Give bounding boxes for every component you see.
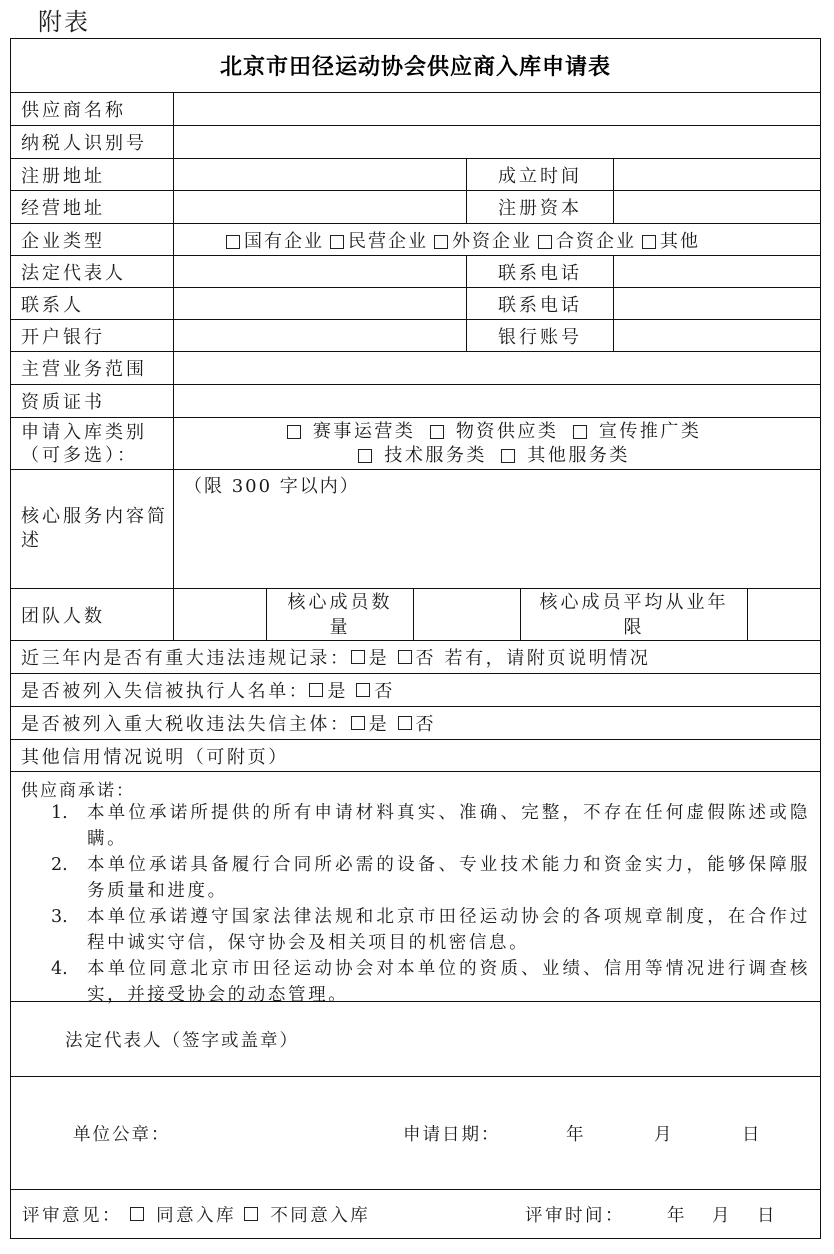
checkbox-no-icon[interactable] (398, 716, 412, 730)
label-core-service: 核心服务内容简述 (11, 470, 173, 588)
option-other[interactable]: 其他 (642, 227, 700, 253)
label-contact-person: 联系人 (11, 288, 173, 319)
row-team: 团队人数 核心成员数量 核心成员平均从业年限 (11, 588, 820, 640)
label-business-address: 经营地址 (11, 191, 173, 223)
row-dishonest-list: 是否被列入失信被执行人名单： 是 否 (11, 673, 820, 706)
input-contact-person[interactable] (173, 288, 466, 319)
option-tech-service[interactable]: 技术服务类 (358, 445, 487, 466)
checkbox-icon[interactable] (642, 235, 656, 249)
input-business-address[interactable] (173, 191, 466, 223)
title-row: 北京市田径运动协会供应商入库申请表 (11, 39, 820, 92)
checkbox-icon[interactable] (434, 235, 448, 249)
other-credit-label[interactable]: 其他信用情况说明（可附页） (11, 740, 820, 771)
label-core-members: 核心成员数量 (266, 589, 413, 640)
checkbox-icon[interactable] (573, 425, 587, 439)
appendix-label: 附表 (38, 2, 90, 37)
label-legal-rep: 法定代表人 (11, 256, 173, 287)
review-time-month[interactable]: 月 (712, 1190, 742, 1238)
apply-date-label: 申请日期： (403, 1077, 513, 1189)
label-team-size: 团队人数 (11, 589, 173, 640)
option-state-owned[interactable]: 国有企业 (226, 227, 324, 253)
input-contact-phone[interactable] (613, 288, 820, 319)
form-title: 北京市田径运动协会供应商入库申请表 (11, 39, 820, 92)
input-bank[interactable] (173, 320, 466, 351)
label-established-date: 成立时间 (466, 159, 613, 190)
promise-item: 2.本单位承诺具备履行合同所必需的设备、专业技术能力和资金实力，能够保障服务质量… (51, 852, 810, 904)
input-core-members[interactable] (413, 589, 520, 640)
option-private[interactable]: 民营企业 (330, 227, 428, 253)
label-application-category: 申请入库类别 （可多选）： (11, 418, 173, 469)
row-business-scope: 主营业务范围 (11, 351, 820, 384)
input-core-service[interactable]: （限 300 字以内） (173, 470, 820, 588)
review-time-year[interactable]: 年 (667, 1190, 697, 1238)
label-business-scope: 主营业务范围 (11, 352, 173, 384)
row-enterprise-type: 企业类型 国有企业 民营企业 外资企业 合资企业 其他 (11, 223, 820, 255)
promise-heading: 供应商承诺： (21, 776, 135, 801)
option-joint-venture[interactable]: 合资企业 (538, 227, 636, 253)
violation-question: 近三年内是否有重大违法违规记录： 是 否 若有，请附页说明情况 (11, 641, 820, 673)
row-company-seal: 单位公章： 申请日期： 年 月 日 (11, 1076, 820, 1189)
input-qualification[interactable] (173, 385, 820, 417)
row-registered-address: 注册地址 成立时间 (11, 158, 820, 190)
checkbox-icon[interactable] (501, 449, 515, 463)
label-legal-rep-phone: 联系电话 (466, 256, 613, 287)
label-registered-address: 注册地址 (11, 159, 173, 190)
label-contact-phone: 联系电话 (466, 288, 613, 319)
row-tax-violation: 是否被列入重大税收违法失信主体： 是 否 (11, 706, 820, 739)
input-established-date[interactable] (613, 159, 820, 190)
row-qualification: 资质证书 (11, 384, 820, 417)
checkbox-yes-icon[interactable] (351, 650, 365, 664)
row-violation-record: 近三年内是否有重大违法违规记录： 是 否 若有，请附页说明情况 (11, 640, 820, 673)
label-supplier-name: 供应商名称 (11, 93, 173, 125)
row-application-category: 申请入库类别 （可多选）： 赛事运营类 物资供应类 宣传推广类 技术服务类 其他… (11, 417, 820, 469)
label-registered-capital: 注册资本 (466, 191, 613, 223)
input-supplier-name[interactable] (173, 93, 820, 125)
checkbox-icon[interactable] (538, 235, 552, 249)
review-time-day[interactable]: 日 (757, 1190, 787, 1238)
input-legal-rep[interactable] (173, 256, 466, 287)
checkbox-icon[interactable] (287, 425, 301, 439)
core-service-hint: （限 300 字以内） (184, 472, 360, 498)
checkbox-yes-icon[interactable] (309, 683, 323, 697)
row-business-address: 经营地址 注册资本 (11, 190, 820, 223)
apply-date-year[interactable]: 年 (566, 1077, 596, 1189)
company-seal-field[interactable]: 单位公章： (73, 1077, 373, 1189)
checkbox-icon[interactable] (226, 235, 240, 249)
row-taxpayer-id: 纳税人识别号 (11, 125, 820, 158)
checkbox-yes-icon[interactable] (351, 716, 365, 730)
label-avg-years: 核心成员平均从业年限 (520, 589, 747, 640)
review-opinion: 评审意见： 同意入库 不同意入库 (22, 1190, 492, 1238)
input-bank-account[interactable] (613, 320, 820, 351)
label-qualification: 资质证书 (11, 385, 173, 417)
row-legal-rep: 法定代表人 联系电话 (11, 255, 820, 287)
label-bank-account: 银行账号 (466, 320, 613, 351)
row-bank: 开户银行 银行账号 (11, 319, 820, 351)
label-taxpayer-id: 纳税人识别号 (11, 126, 173, 158)
checkbox-icon[interactable] (430, 425, 444, 439)
checkbox-disagree-icon[interactable] (244, 1207, 258, 1221)
row-contact-person: 联系人 联系电话 (11, 287, 820, 319)
option-foreign[interactable]: 外资企业 (434, 227, 532, 253)
row-supplier-promise: 供应商承诺： 1.本单位承诺所提供的所有申请材料真实、准确、完整，不存在任何虚假… (11, 771, 820, 1001)
label-bank: 开户银行 (11, 320, 173, 351)
input-avg-years[interactable] (747, 589, 820, 640)
option-event-operation[interactable]: 赛事运营类 (287, 421, 416, 442)
row-supplier-name: 供应商名称 (11, 92, 820, 125)
supplier-application-form: 北京市田径运动协会供应商入库申请表 供应商名称 纳税人识别号 注册地址 成立时间… (10, 38, 821, 1239)
input-taxpayer-id[interactable] (173, 126, 820, 158)
category-options: 赛事运营类 物资供应类 宣传推广类 技术服务类 其他服务类 (173, 418, 820, 469)
review-time-label: 评审时间： (525, 1190, 635, 1238)
checkbox-agree-icon[interactable] (130, 1207, 144, 1221)
label-enterprise-type: 企业类型 (11, 224, 173, 255)
dishonest-question: 是否被列入失信被执行人名单： 是 否 (11, 674, 820, 706)
checkbox-icon[interactable] (358, 449, 372, 463)
input-team-size[interactable] (173, 589, 266, 640)
checkbox-no-icon[interactable] (398, 650, 412, 664)
apply-date-month[interactable]: 月 (654, 1077, 684, 1189)
apply-date-day[interactable]: 日 (742, 1077, 772, 1189)
input-registered-address[interactable] (173, 159, 466, 190)
option-other-service[interactable]: 其他服务类 (501, 445, 630, 466)
promise-item: 1.本单位承诺所提供的所有申请材料真实、准确、完整，不存在任何虚假陈述或隐瞒。 (51, 800, 810, 852)
row-legal-rep-signature: 法定代表人（签字或盖章） (11, 1001, 820, 1076)
checkbox-icon[interactable] (330, 235, 344, 249)
promise-item: 3.本单位承诺遵守国家法律法规和北京市田径运动协会的各项规章制度，在合作过程中诚… (51, 904, 810, 956)
input-registered-capital[interactable] (613, 191, 820, 223)
row-core-service: 核心服务内容简述 （限 300 字以内） (11, 469, 820, 588)
input-legal-rep-phone[interactable] (613, 256, 820, 287)
promise-list: 1.本单位承诺所提供的所有申请材料真实、准确、完整，不存在任何虚假陈述或隐瞒。 … (51, 800, 810, 1008)
tax-question: 是否被列入重大税收违法失信主体： 是 否 (11, 707, 820, 739)
row-other-credit: 其他信用情况说明（可附页） (11, 739, 820, 771)
checkbox-no-icon[interactable] (356, 683, 370, 697)
option-promotion[interactable]: 宣传推广类 (573, 421, 702, 442)
row-review: 评审意见： 同意入库 不同意入库 评审时间： 年 月 日 (11, 1189, 820, 1238)
option-material-supply[interactable]: 物资供应类 (430, 421, 559, 442)
legal-rep-signature-field[interactable]: 法定代表人（签字或盖章） (65, 1002, 820, 1076)
input-business-scope[interactable] (173, 352, 820, 384)
enterprise-type-options: 国有企业 民营企业 外资企业 合资企业 其他 (173, 224, 820, 255)
